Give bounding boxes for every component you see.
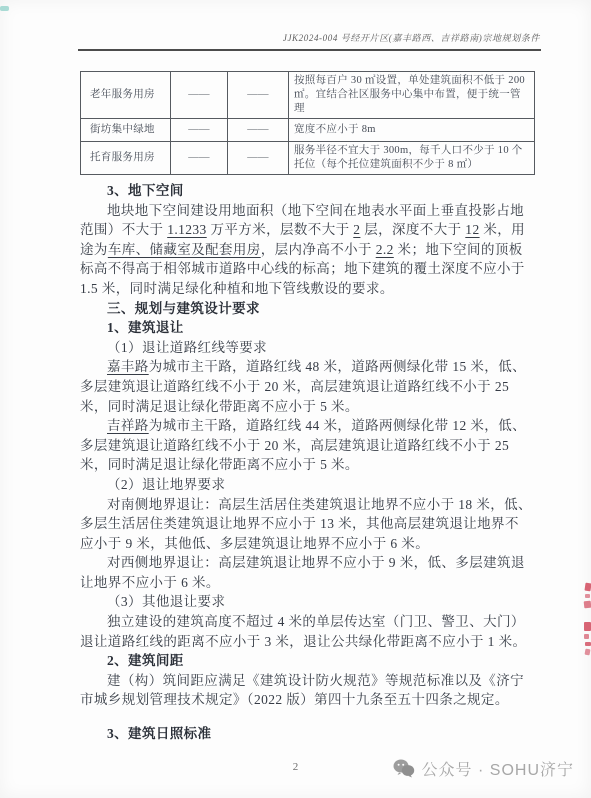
text-segment: 地块地下空间建设用地面积（地下空间在地表水平面上垂直投影占地 [107, 203, 524, 218]
text-segment: （2）退让地界要求 [107, 477, 225, 492]
requirements-table: 老年服务用房————按照每百户 30 ㎡设置，单处建筑面积不低于 200 ㎡。宜… [80, 71, 535, 175]
table-row: 老年服务用房————按照每百户 30 ㎡设置，单处建筑面积不低于 200 ㎡。宜… [81, 72, 535, 119]
underlined-text: 车库、储藏室及配套用房 [108, 242, 261, 257]
text-segment: 对南侧地界退让：高层生活居住类建筑退让地界不应小于 18 米，低、 [107, 497, 532, 512]
underlined-text: 12 [465, 222, 479, 237]
text-line: 吉祥路为城市主干路，道路红线 44 米，道路两侧绿化带 12 米，低、 [80, 416, 538, 436]
text-segment: 范围）不大于 [80, 222, 167, 237]
text-segment: 米，用 [480, 222, 525, 237]
text-segment: 米，同时满足退让绿化带距离不应小于 5 米。 [80, 399, 359, 414]
table-cell: 宽度不应小于 8m [289, 119, 535, 142]
table-cell: —— [228, 72, 289, 119]
section-heading: 三、规划与建筑设计要求 [80, 299, 538, 319]
text-line: 标高不得高于相邻城市道路中心线的标高；地下建筑的覆土深度不应小于 [80, 259, 538, 279]
table-cell: —— [228, 119, 289, 142]
section-heading: 3、地下空间 [80, 181, 538, 201]
wechat-icon [393, 759, 415, 778]
body-text: 3、地下空间地块地下空间建设用地面积（地下空间在地表水平面上垂直投影占地范围）不… [80, 181, 538, 744]
watermark: 公众号 · SOHU济宁 [393, 757, 574, 780]
table-cell: 托育服务用房 [81, 142, 171, 175]
text-segment: ，层内净高不小于 [261, 242, 376, 257]
text-line: 米，同时满足退让绿化带距离不应小于 5 米。 [80, 455, 538, 475]
underlined-text: 吉祥路 [107, 418, 149, 433]
text-segment: 市城乡规划管理技术规定》（2022 版）第四十九条至五十四条之规定。 [80, 692, 509, 707]
section-heading: 1、建筑退让 [80, 318, 538, 338]
text-segment: 为城市主干路，道路红线 48 米，道路两侧绿化带 15 米，低、 [149, 359, 526, 374]
text-line: （3）其他退让要求 [80, 592, 538, 612]
scan-artifact-teal [0, 6, 9, 11]
text-line: 途为车库、储藏室及配套用房，层内净高不小于 2.2 米；地下空间的顶板 [80, 240, 538, 260]
text-line: 地块地下空间建设用地面积（地下空间在地表水平面上垂直投影占地 [80, 201, 538, 221]
text-line: 米，同时满足退让绿化带距离不应小于 5 米。 [80, 397, 538, 417]
text-segment: 应小于 9 米，其他低、多层建筑退让地界不应小于 6 米。 [80, 536, 429, 551]
text-segment: 层，深度不大于 [360, 222, 465, 237]
underlined-text: 2.2 [376, 242, 394, 257]
text-line: 市城乡规划管理技术规定》（2022 版）第四十九条至五十四条之规定。 [80, 690, 538, 710]
table-cell: 老年服务用房 [81, 72, 171, 119]
text-segment: 退让道路红线的距离不应小于 3 米，退让公共绿化带距离不应小于 1 米。 [80, 634, 526, 649]
text-line: 多层建筑退让道路红线不小于 20 米，高层建筑退让道路红线不小于 25 [80, 436, 538, 456]
text-segment: 3、建筑日照标准 [107, 726, 211, 741]
table-cell: —— [171, 119, 228, 142]
text-segment: 对西侧地界退让：高层建筑退让地界不应小于 9 米，低、多层建筑退 [107, 555, 525, 570]
text-segment: （1）退让道路红线等要求 [107, 340, 267, 355]
header-divider [78, 49, 541, 51]
text-segment: 米；地下空间的顶板 [394, 242, 523, 257]
table-cell: —— [228, 142, 289, 175]
text-segment: 途为 [80, 242, 108, 257]
table-row: 托育服务用房————服务半径不宜大于 300m，每千人口不少于 10 个托位（每… [81, 142, 535, 175]
text-line: 建（构）筑间距应满足《建筑设计防火规范》等规范标准以及《济宁 [80, 671, 538, 691]
text-line: 应小于 9 米，其他低、多层建筑退让地界不应小于 6 米。 [80, 534, 538, 554]
table-row: 街坊集中绿地————宽度不应小于 8m [81, 119, 535, 142]
table-cell: 街坊集中绿地 [81, 119, 171, 142]
text-line: 独立建设的建筑高度不超过 4 米的单层传达室（门卫、警卫、大门） [80, 612, 538, 632]
text-segment: 三、规划与建筑设计要求 [107, 301, 260, 316]
underlined-text: 1.1233 [167, 222, 207, 237]
text-line: 对南侧地界退让：高层生活居住类建筑退让地界不应小于 18 米，低、 [80, 495, 538, 515]
table-cell: 按照每百户 30 ㎡设置，单处建筑面积不低于 200 ㎡。宜结合社区服务中心集中… [289, 72, 535, 119]
blank-line [80, 710, 538, 724]
text-segment: 多层建筑退让道路红线不小于 20 米，高层建筑退让道路红线不小于 25 [80, 438, 509, 453]
table-cell: 服务半径不宜大于 300m，每千人口不少于 10 个托位（每个托位建筑面积不少于… [289, 142, 535, 175]
table-cell: —— [171, 72, 228, 119]
text-line: （2）退让地界要求 [80, 475, 538, 495]
text-segment: 建（构）筑间距应满足《建筑设计防火规范》等规范标准以及《济宁 [107, 673, 524, 688]
watermark-label: 公众号 · SOHU济宁 [422, 757, 574, 780]
text-segment: 3、地下空间 [107, 183, 184, 198]
underlined-text: 嘉丰路 [107, 359, 149, 374]
text-segment: 标高不得高于相邻城市道路中心线的标高；地下建筑的覆土深度不应小于 [80, 261, 525, 276]
text-line: （1）退让道路红线等要求 [80, 338, 538, 358]
text-segment: 多层生活居住类建筑退让地界不应小于 13 米，其他高层建筑退让地界不 [80, 516, 519, 531]
text-segment: 米，同时满足退让绿化带距离不应小于 5 米。 [80, 457, 359, 472]
text-segment: 2、建筑间距 [107, 653, 184, 668]
text-segment: 多层建筑退让道路红线不小于 20 米，高层建筑退让道路红线不小于 25 [80, 379, 509, 394]
text-segment: 1.5 米，同时满足绿化种植和地下管线敷设的要求。 [80, 281, 394, 296]
text-line: 1.5 米，同时满足绿化种植和地下管线敷设的要求。 [80, 279, 538, 299]
text-line: 嘉丰路为城市主干路，道路红线 48 米，道路两侧绿化带 15 米，低、 [80, 357, 538, 377]
text-segment: 1、建筑退让 [107, 320, 184, 335]
section-heading: 3、建筑日照标准 [80, 724, 538, 744]
red-stamp-fragment-upper [581, 583, 591, 610]
text-segment: 为城市主干路，道路红线 44 米，道路两侧绿化带 12 米，低、 [149, 418, 526, 433]
text-line: 多层生活居住类建筑退让地界不应小于 13 米，其他高层建筑退让地界不 [80, 514, 538, 534]
text-segment: （3）其他退让要求 [107, 594, 225, 609]
requirements-table-body: 老年服务用房————按照每百户 30 ㎡设置，单处建筑面积不低于 200 ㎡。宜… [81, 72, 535, 175]
document-page: JJK2024-004 号经开片区(嘉丰路西、吉祥路南)宗地规划条件 老年服务用… [0, 0, 591, 798]
page-header-title: JJK2024-004 号经开片区(嘉丰路西、吉祥路南)宗地规划条件 [283, 31, 540, 44]
text-line: 对西侧地界退让：高层建筑退让地界不应小于 9 米，低、多层建筑退 [80, 553, 538, 573]
section-heading: 2、建筑间距 [80, 651, 538, 671]
text-segment: 让地界不应小于 6 米。 [80, 575, 220, 590]
text-line: 让地界不应小于 6 米。 [80, 573, 538, 593]
text-line: 退让道路红线的距离不应小于 3 米，退让公共绿化带距离不应小于 1 米。 [80, 632, 538, 652]
text-line: 范围）不大于 1.1233 万平方米，层数不大于 2 层，深度不大于 12 米，… [80, 220, 538, 240]
text-segment: 独立建设的建筑高度不超过 4 米的单层传达室（门卫、警卫、大门） [107, 614, 525, 629]
text-line: 多层建筑退让道路红线不小于 20 米，高层建筑退让道路红线不小于 25 [80, 377, 538, 397]
table-cell: —— [171, 142, 228, 175]
red-stamp-fragment-lower [581, 622, 591, 657]
text-segment: 万平方米，层数不大于 [207, 222, 354, 237]
